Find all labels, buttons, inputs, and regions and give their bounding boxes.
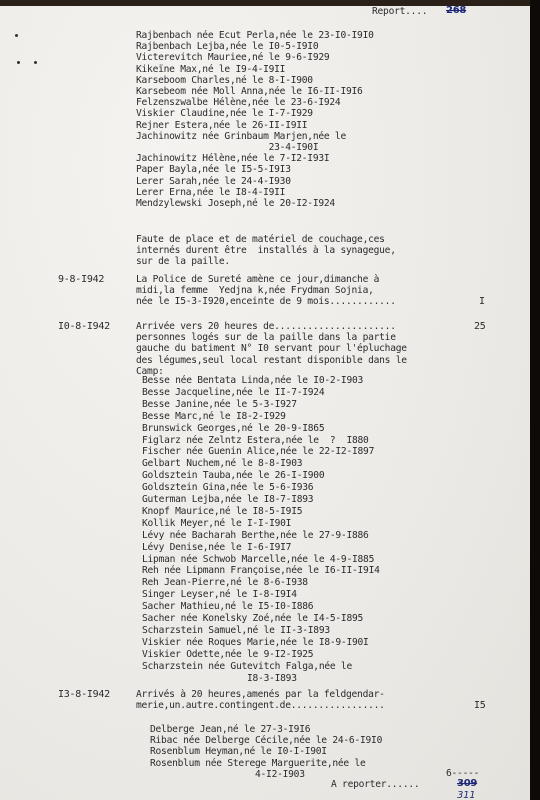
list-item: Brunswick Georges,né le 20-9-I865	[142, 423, 324, 434]
typewritten-register-page: Report.... 268 Rajbenbach née Ecut Perla…	[0, 6, 530, 800]
entry-text-line: Arrivés à 20 heures,amenés par la feldge…	[136, 689, 385, 700]
entry-text-line: gauche du batiment N° I0 servant pour l'…	[136, 343, 407, 354]
list-item: Besse née Bentata Linda,née le I0-2-I903	[142, 375, 363, 386]
entry-count: 25	[474, 321, 486, 332]
carry-forward-label: A reporter......	[331, 779, 419, 790]
scan-edge-right	[530, 0, 540, 800]
list-item: Goldsztein Tauba,née le 26-I-I900	[142, 470, 324, 481]
list-item: Scharzstein née Gutevitch Falga,née le	[142, 661, 352, 672]
report-label: Report....	[372, 6, 427, 17]
carry-value-corrected: 311	[457, 790, 475, 800]
list-item: Lerer Sarah,née le 24-4-I930	[136, 176, 291, 187]
list-item: Besse Jacqueline,née le II-7-I924	[142, 387, 324, 398]
list-item: Mendzylewski Joseph,né le 20-I2-I924	[136, 198, 335, 209]
punch-mark	[17, 61, 20, 64]
list-item: Delberge Jean,né le 27-3-I9I6	[150, 724, 310, 735]
list-item: Sacher née Konelsky Zoé,née le I4-5-I895	[142, 613, 363, 624]
list-item: Guterman Lejba,née le I8-7-I893	[142, 494, 313, 505]
note-line: Faute de place et de matériel de couchag…	[136, 234, 385, 245]
entry-date: I3-8-I942	[58, 689, 110, 700]
list-item: Rajbenbach née Ecut Perla,née le 23-I0-I…	[136, 30, 374, 41]
list-item: Sacher Mathieu,né le I5-I0-I886	[142, 601, 313, 612]
entry-date: 9-8-I942	[58, 274, 104, 285]
list-item: Reh née Lipmann Françoise,née le I6-II-I…	[142, 565, 380, 576]
list-item: Besse Janine,née le 5-3-I927	[142, 399, 297, 410]
list-item: Viskier née Roques Marie,née le I8-9-I90…	[142, 637, 369, 648]
entry-text-line: merie,un.autre.contingent.de............…	[136, 700, 385, 711]
list-item: Jachinowitz Hélène,née le 7-I2-I93I	[136, 153, 329, 164]
list-item: I8-3-I893	[142, 673, 297, 684]
note-line: internés durent être installés à la syna…	[136, 245, 396, 256]
list-item: Karsebeom née Moll Anna,née le I6-II-I9I…	[136, 86, 363, 97]
list-item: Besse Marc,né le I8-2-I929	[142, 411, 286, 422]
list-item: Goldsztein Gina,née le 5-6-I936	[142, 482, 313, 493]
punch-mark	[15, 34, 18, 37]
report-value: 268	[446, 5, 466, 16]
entry-text-line: Arrivée vers 20 heures de...............…	[136, 321, 396, 332]
punch-mark	[34, 61, 37, 64]
list-item: Jachinowitz née Grinbaum Marjen,née le	[136, 131, 346, 142]
list-item: Rosenblum Heyman,né le I0-I-I90I	[150, 746, 327, 757]
list-item: Gelbart Nuchem,né le 8-8-I903	[142, 458, 302, 469]
list-item: Viskier Claudine,née le I-7-I929	[136, 108, 313, 119]
list-item: Felzenszwalbe Hélène,née le 23-6-I924	[136, 97, 340, 108]
list-item: Kikeïne Max,né le I9-4-I9II	[136, 64, 285, 75]
carry-value-struck: 309	[457, 778, 477, 789]
entry-text-line: La Police de Sureté amène ce jour,dimanc…	[136, 274, 379, 285]
list-item: 4-I2-I903	[150, 769, 305, 780]
note-line: sur de la paille.	[136, 256, 230, 267]
entry-text-line: des légumes,seul local restant disponibl…	[136, 355, 407, 366]
list-item: Rosenblum née Sterege Marguerite,née le	[150, 758, 366, 769]
list-item: Victerevitch Mauriee,né le 9-6-I929	[136, 52, 329, 63]
list-item: Lévy Denise,née le I-6-I9I7	[142, 542, 291, 553]
list-item: Reh Jean-Pierre,né le 8-6-I938	[142, 577, 308, 588]
entry-date: I0-8-I942	[58, 321, 110, 332]
entry-text-line: née le I5-3-I920,enceinte de 9 mois.....…	[136, 296, 396, 307]
list-item: Figlarz née Zelntz Estera,née le ? I880	[142, 435, 369, 446]
entry-count: I	[479, 296, 485, 307]
entry-text-line: personnes logés sur de la paille dans la…	[136, 332, 396, 343]
list-item: Lerer Erna,née le I8-4-I9II	[136, 187, 285, 198]
list-item: Lévy née Bacharah Berthe,née le 27-9-I88…	[142, 530, 369, 541]
list-item: Singer Leyser,né le I-8-I9I4	[142, 589, 297, 600]
entry-count: I5	[474, 700, 486, 711]
list-item: 23-4-I90I	[136, 142, 318, 153]
list-item: Fischer née Guenin Alice,née le 22-I2-I8…	[142, 446, 374, 457]
list-item: Viskier Odette,née le 9-I2-I925	[142, 649, 313, 660]
list-item: Ribac née Delberge Cécile,née le 24-6-I9…	[150, 735, 382, 746]
list-item: Kollik Meyer,né le I-I-I90I	[142, 518, 291, 529]
list-item: Paper Bayla,née le I5-5-I9I3	[136, 164, 291, 175]
entry-text-line: midi,la femme Yedjna k,née Frydman Sojni…	[136, 285, 374, 296]
list-item: Rejner Estera,née le 26-II-I9II	[136, 120, 307, 131]
list-item: Karseboom Charles,né le 8-I-I900	[136, 75, 313, 86]
list-item: Scharzstein Samuel,né le II-3-I893	[142, 625, 330, 636]
list-item: Rajbenbach Lejba,née le I0-5-I9I0	[136, 41, 318, 52]
list-item: Knopf Maurice,né le I8-5-I9I5	[142, 506, 302, 517]
list-item: Lipman née Schwob Marcelle,née le 4-9-I8…	[142, 554, 374, 565]
